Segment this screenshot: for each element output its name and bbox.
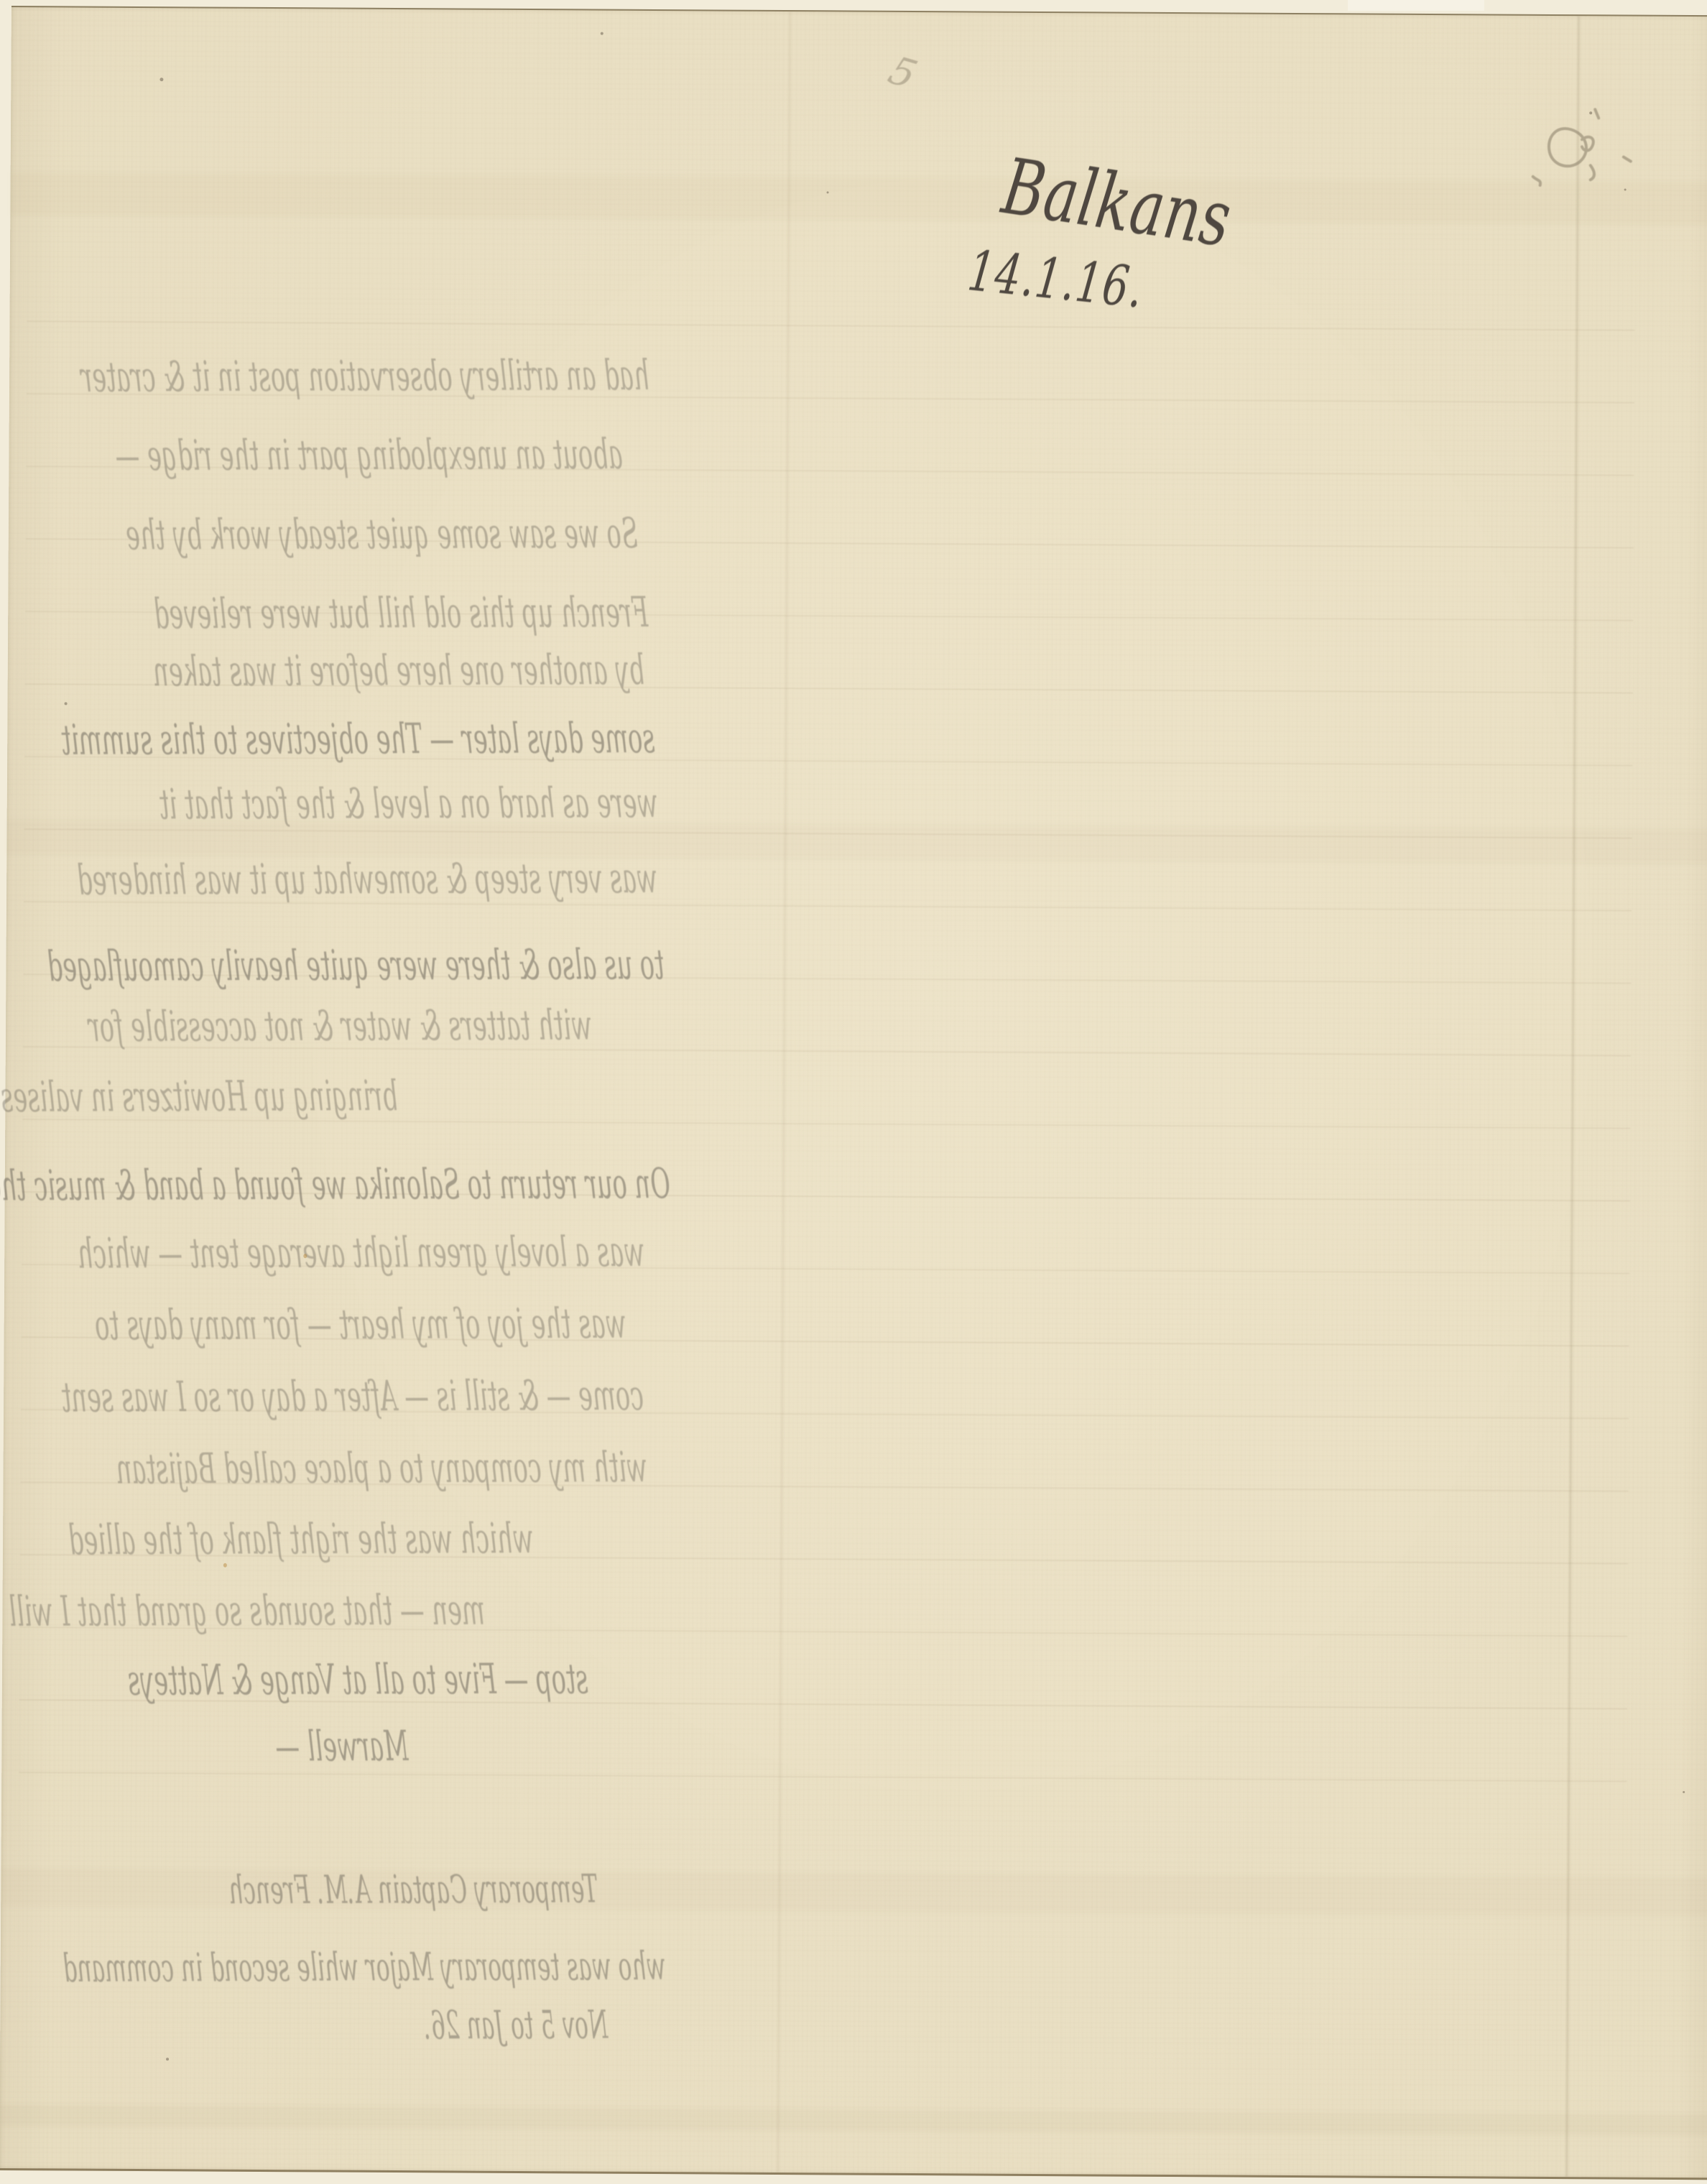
bleed-line: were as hard on a level & the fact that …: [159, 777, 658, 829]
bleed-annotation-line: Nov 5 to Jan 26.: [424, 2000, 609, 2051]
bleed-line: was very steep & somewhat up it was hind…: [77, 853, 657, 905]
bleed-line: about an unexploding part in the ridge —: [115, 429, 622, 481]
paper-speck: [159, 78, 163, 81]
bleed-line: some days later — The objectives to this…: [61, 713, 654, 765]
paper-speck: [166, 2058, 169, 2060]
scan-background-patch: [1348, 0, 1484, 11]
bleed-line: bringing up Howitzers in valises —: [0, 1070, 398, 1122]
bleed-line: men — that sounds so grand that I will: [9, 1585, 485, 1637]
heading-date: 14.1.16.: [964, 239, 1147, 320]
bleed-annotation-line: Temporary Captain A.M. French: [229, 1864, 598, 1916]
bleed-line: with tatters & water & not accessible fo…: [88, 1000, 592, 1052]
paper-crease: [10, 172, 1707, 225]
paper-speck: [1624, 189, 1627, 191]
pencil-scribble-mark: [1526, 102, 1649, 203]
scanned-letter-page: 5 Balkans 14.1.16. had an artillery obse…: [0, 0, 1707, 2184]
paper-speck: [601, 32, 603, 35]
bleed-line: come — & still is — After a day or so I …: [62, 1370, 644, 1422]
bleed-line: with my company to a place called Bajist…: [116, 1442, 647, 1494]
bleed-line: was the joy of my heart — for many days …: [95, 1298, 626, 1351]
bleed-line: French up this old hill but were relieve…: [154, 587, 649, 639]
paper-speck: [827, 191, 829, 193]
bleed-line: by another one here before it was taken: [153, 644, 644, 696]
bleed-line: On our return to Salonika we found a ban…: [0, 1158, 670, 1211]
bleed-line: which was the right flank of the allied: [68, 1513, 534, 1565]
paper-speck: [1683, 1791, 1685, 1793]
bleed-line: to us also & there were quite heavily ca…: [47, 939, 664, 991]
bleed-line: was a lovely green light average tent — …: [78, 1226, 644, 1279]
bleed-line: had an artillery observation post in it …: [81, 350, 650, 402]
paper-speck: [1589, 111, 1592, 114]
page-number-pencil: 5: [882, 47, 923, 96]
paper-speck: [303, 1254, 307, 1258]
bleed-line: stop — Five to all at Vange & Natteys: [128, 1654, 588, 1706]
paper-speck: [223, 1563, 227, 1568]
bleed-annotation-line: who was temporary Major while second in …: [63, 1941, 666, 1994]
letter-sheet: 5 Balkans 14.1.16. had an artillery obse…: [0, 6, 1707, 2180]
bleed-line: So we saw some quiet steady work by the: [126, 508, 638, 560]
bleed-line: Marwell —: [275, 1721, 408, 1772]
paper-speck: [65, 702, 68, 705]
paper-crease: [0, 2105, 1707, 2136]
